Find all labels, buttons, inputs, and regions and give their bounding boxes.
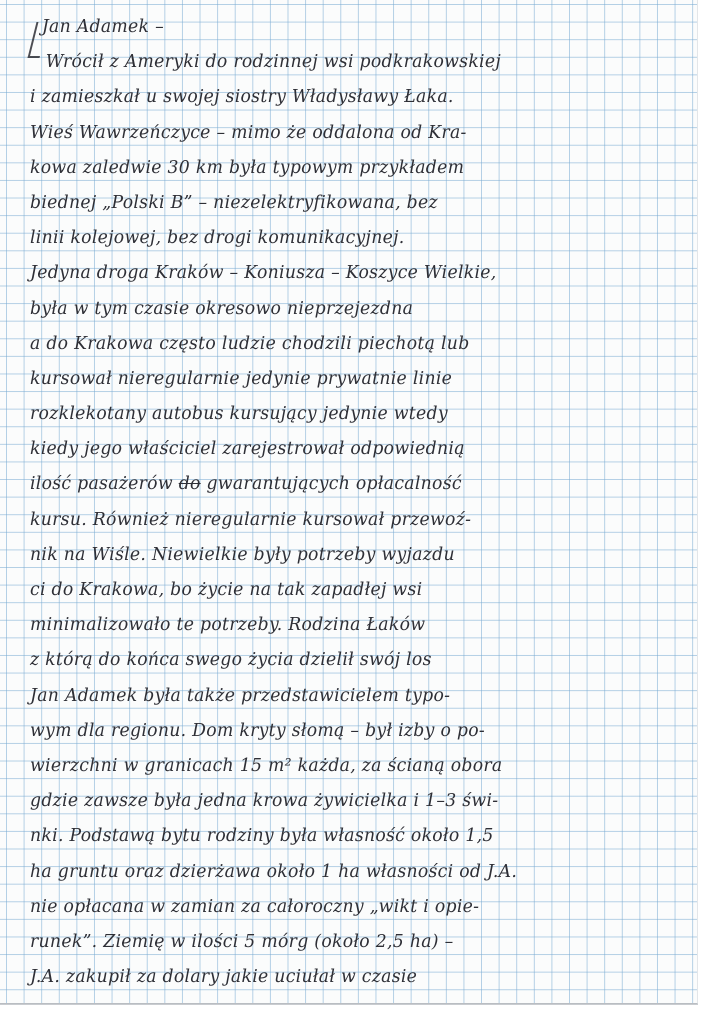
text-line: gdzie zawsze była jedna krowa żywicielka…: [30, 784, 670, 819]
text-line: ha gruntu oraz dzierżawa około 1 ha włas…: [30, 855, 670, 890]
text-line: kursował nieregularnie jedynie prywatnie…: [30, 362, 670, 397]
text-line: i zamieszkał u swojej siostry Władysławy…: [30, 80, 670, 115]
text-line: nie opłacana w zamian za całoroczny „wik…: [30, 890, 670, 925]
text-line: Jedyna droga Kraków – Koniusza – Koszyce…: [30, 256, 670, 291]
text-line: z którą do końca swego życia dzielił swó…: [30, 643, 670, 678]
text-line: ilość pasażerów do gwarantujących opłaca…: [30, 467, 670, 502]
text-line: kursu. Również nieregularnie kursował pr…: [30, 503, 670, 538]
graph-paper-sheet: Jan Adamek – Wrócił z Ameryki do rodzinn…: [0, 0, 698, 1004]
text-line: kowa zaledwie 30 km była typowym przykła…: [30, 151, 670, 186]
text-line: nik na Wiśle. Niewielkie były potrzeby w…: [30, 538, 670, 573]
text-line: minimalizowało te potrzeby. Rodzina Łakó…: [30, 608, 670, 643]
text-line: nki. Podstawą bytu rodziny była własność…: [30, 819, 670, 854]
struck-word: do: [179, 474, 201, 494]
text-line: linii kolejowej, bez drogi komunikacyjne…: [30, 221, 670, 256]
text-lines: Wrócił z Ameryki do rodzinnej wsi podkra…: [30, 45, 680, 995]
text-line: ci do Krakowa, bo życie na tak zapadłej …: [30, 573, 670, 608]
text-line: Wieś Wawrzeńczyce – mimo że oddalona od …: [30, 116, 670, 151]
text-line: była w tym czasie okresowo nieprzejezdna: [30, 292, 670, 327]
text-line: wierzchni w granicach 15 m² każda, za śc…: [30, 749, 670, 784]
text-line: kiedy jego właściciel zarejestrował odpo…: [30, 432, 670, 467]
text-line: rozklekotany autobus kursujący jedynie w…: [30, 397, 670, 432]
text-line: runek”. Ziemię w ilości 5 mórg (około 2,…: [30, 925, 670, 960]
text-line: biednej „Polski B” – niezelektryfikowana…: [30, 186, 670, 221]
text-line: J.A. zakupił za dolary jakie uciułał w c…: [30, 960, 670, 995]
document-title: Jan Adamek –: [30, 10, 670, 45]
text-line: Wrócił z Ameryki do rodzinnej wsi podkra…: [30, 45, 670, 80]
text-line: a do Krakowa często ludzie chodzili piec…: [30, 327, 670, 362]
text-line: Jan Adamek była także przedstawicielem t…: [30, 679, 670, 714]
handwritten-text-block: Jan Adamek – Wrócił z Ameryki do rodzinn…: [30, 10, 680, 995]
text-line: wym dla regionu. Dom kryty słomą – był i…: [30, 714, 670, 749]
